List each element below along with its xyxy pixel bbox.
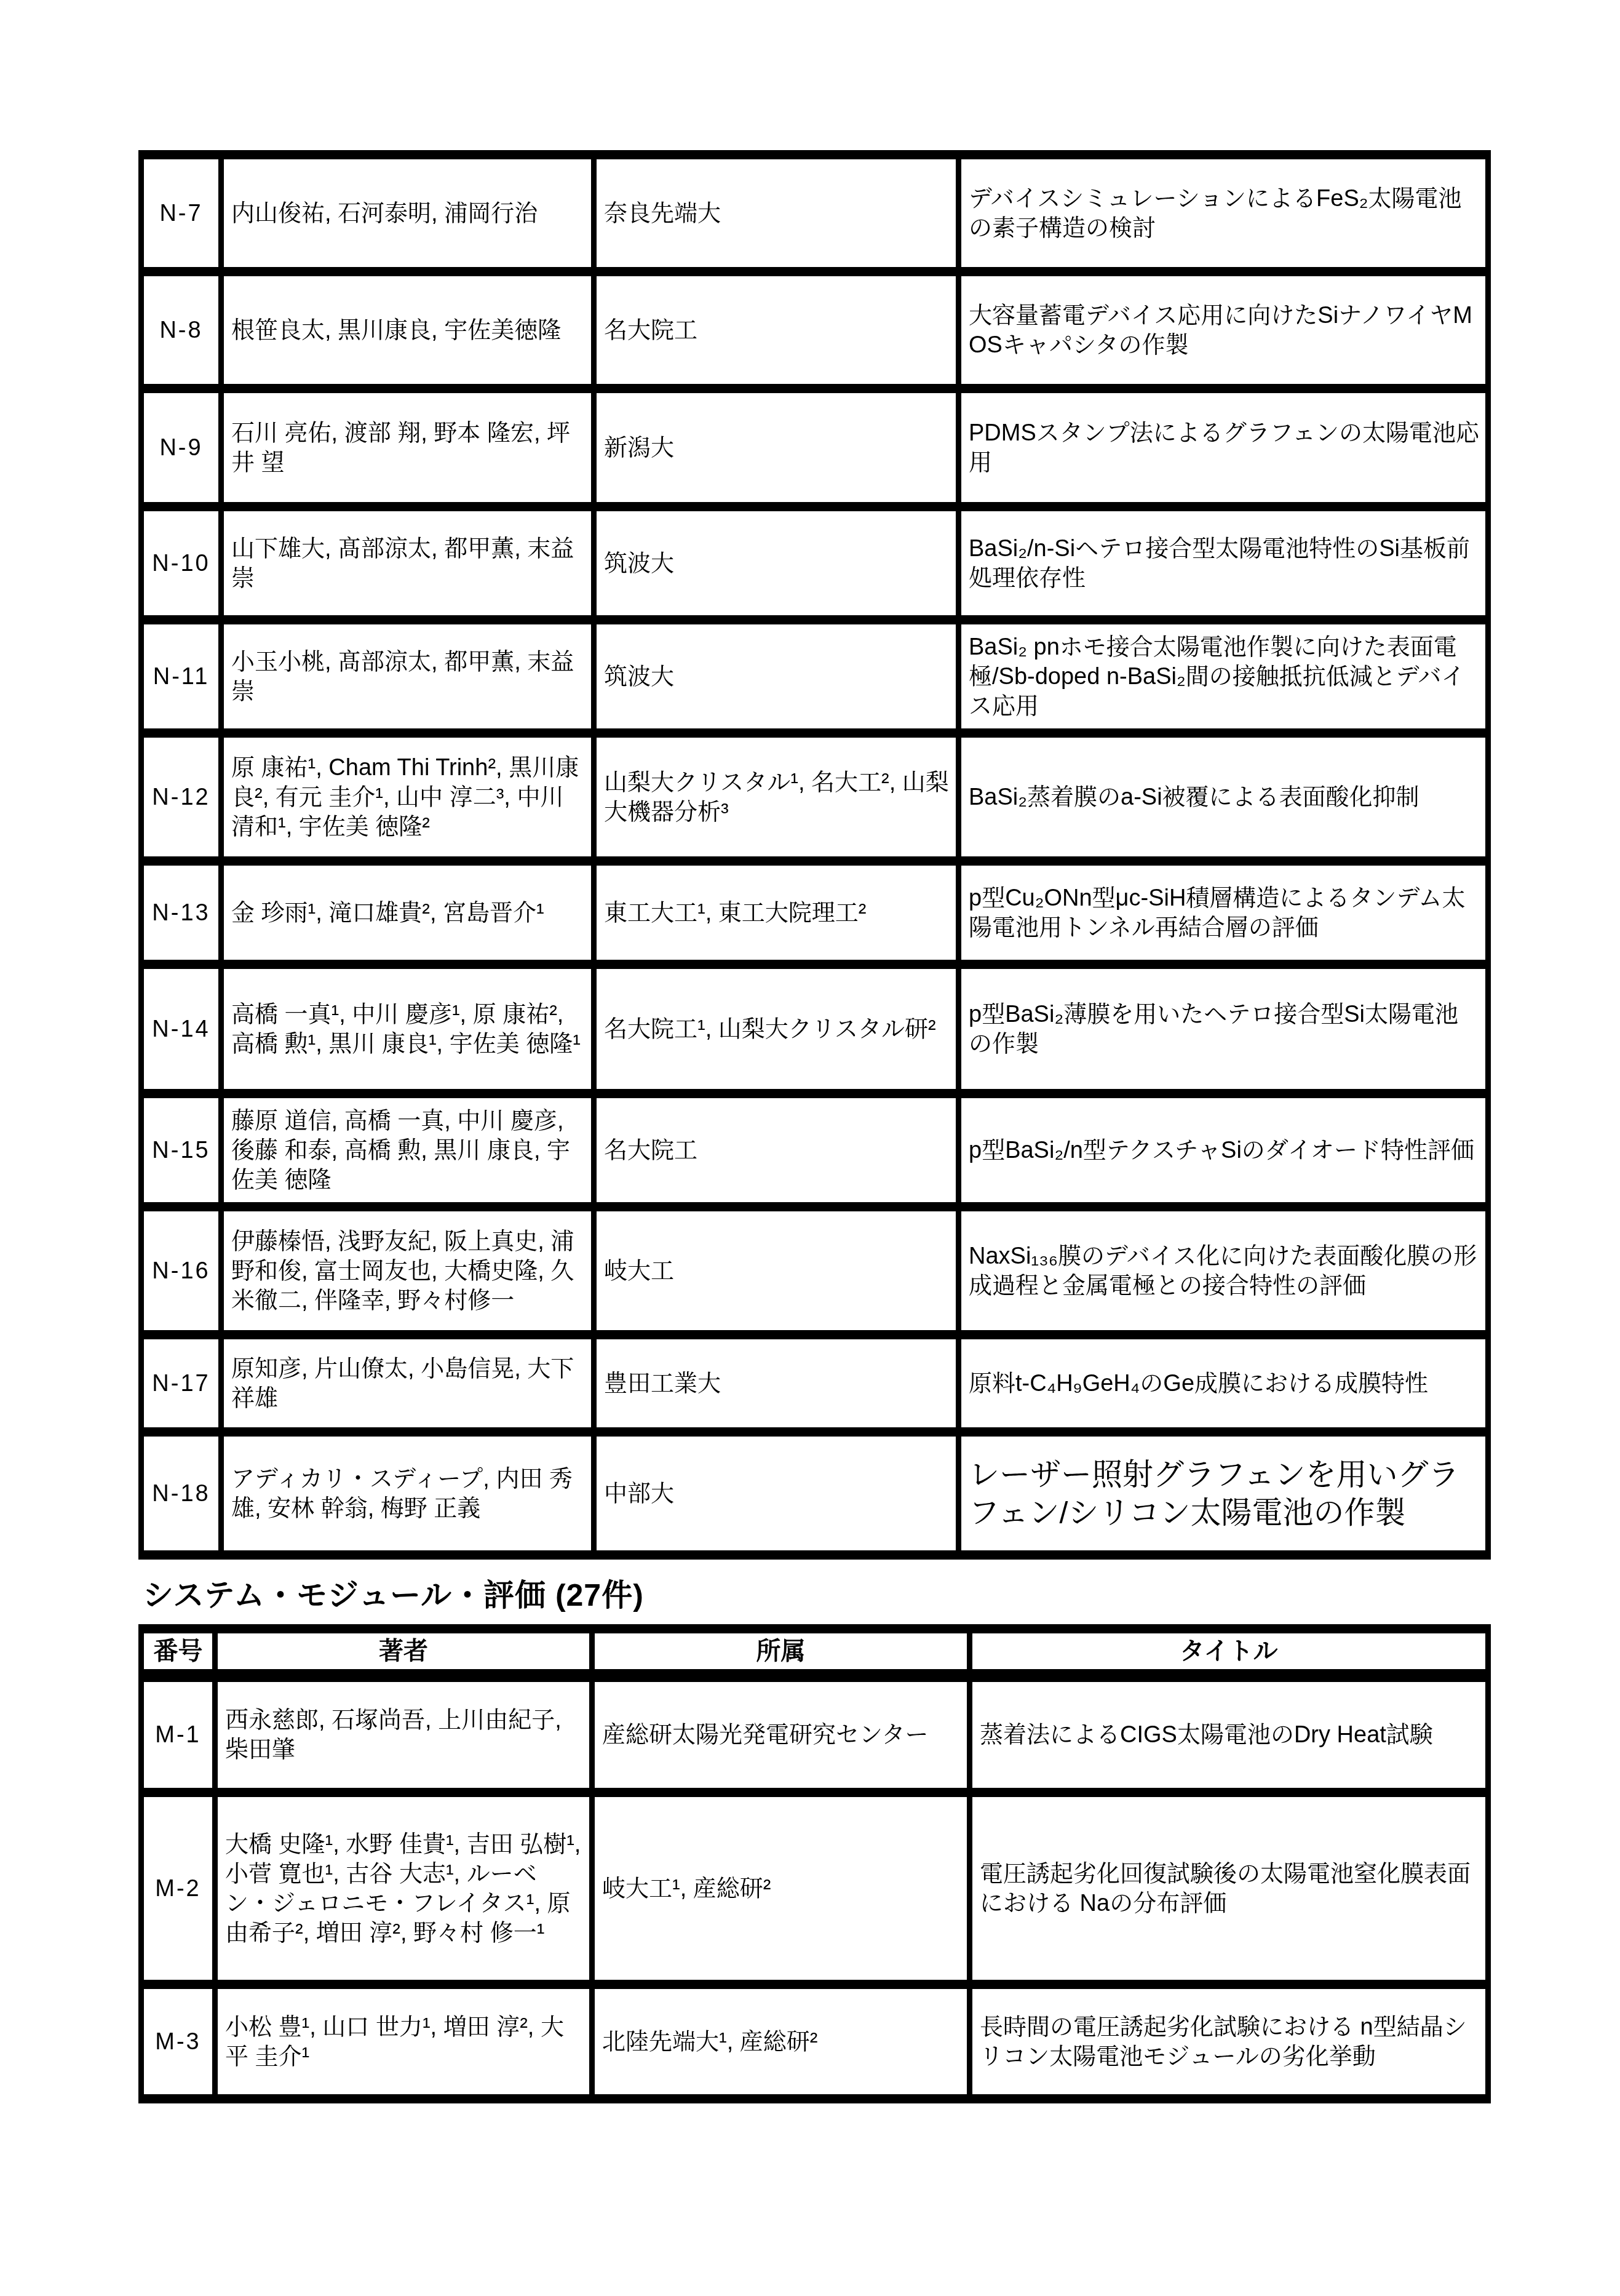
- table-row: N-8 根笹良太, 黒川康良, 宇佐美徳隆 名大院工 大容量蓄電デバイス応用に向…: [141, 272, 1488, 389]
- header-affiliation: 所属: [592, 1629, 970, 1676]
- table-row: N-17 原知彦, 片山僚太, 小島信晃, 大下祥雄 豊田工業大 原料t-C₄H…: [141, 1335, 1488, 1432]
- paper-title: 蒸着法によるCIGS太陽電池のDry Heat試験: [970, 1676, 1488, 1793]
- paper-number: N-15: [141, 1094, 221, 1207]
- paper-authors: 伊藤榛悟, 浅野友紀, 阪上真史, 浦野和俊, 富士岡友也, 大橋史隆, 久米徹…: [221, 1207, 594, 1335]
- paper-number: N-12: [141, 733, 221, 861]
- paper-authors: 金 珍雨¹, 滝口雄貴², 宮島晋介¹: [221, 861, 594, 965]
- paper-affiliation: 中部大: [594, 1432, 959, 1555]
- paper-number: N-16: [141, 1207, 221, 1335]
- paper-number: N-14: [141, 965, 221, 1094]
- paper-number: N-7: [141, 155, 221, 272]
- paper-title: p型BaSi₂薄膜を用いたヘテロ接合型Si太陽電池の作製: [959, 965, 1488, 1094]
- table-row: N-7 内山俊祐, 石河泰明, 浦岡行治 奈良先端大 デバイスシミュレーションに…: [141, 155, 1488, 272]
- paper-affiliation: 豊田工業大: [594, 1335, 959, 1432]
- paper-title: PDMSスタンプ法によるグラフェンの太陽電池応用: [959, 389, 1488, 507]
- paper-authors: 大橋 史隆¹, 水野 佳貴¹, 吉田 弘樹¹, 小菅 寛也¹, 古谷 大志¹, …: [215, 1793, 592, 1985]
- table-row: N-10 山下雄大, 髙部涼太, 都甲薫, 末益崇 筑波大 BaSi₂/n-Si…: [141, 507, 1488, 620]
- document-page: N-7 内山俊祐, 石河泰明, 浦岡行治 奈良先端大 デバイスシミュレーションに…: [0, 0, 1620, 2296]
- table-row: N-18 アディカリ・スディープ, 内田 秀雄, 安林 幹翁, 梅野 正義 中部…: [141, 1432, 1488, 1555]
- paper-title: 原料t-C₄H₉GeH₄のGe成膜における成膜特性: [959, 1335, 1488, 1432]
- paper-authors: 石川 亮佑, 渡部 翔, 野本 隆宏, 坪井 望: [221, 389, 594, 507]
- header-number: 番号: [141, 1629, 215, 1676]
- table-row: N-15 藤原 道信, 高橋 一真, 中川 慶彦, 後藤 和泰, 高橋 勲, 黒…: [141, 1094, 1488, 1207]
- table-row: N-11 小玉小桃, 髙部涼太, 都甲薫, 末益崇 筑波大 BaSi₂ pnホモ…: [141, 620, 1488, 733]
- paper-number: M-1: [141, 1676, 215, 1793]
- m-presentations-table: 番号 著者 所属 タイトル M-1 西永慈郎, 石塚尚吾, 上川由紀子, 柴田肇…: [138, 1624, 1491, 2103]
- paper-affiliation: 筑波大: [594, 620, 959, 733]
- section-heading: システム・モジュール・評価 (27件): [143, 1576, 644, 1614]
- paper-title: p型Cu₂ONn型μc-SiH積層構造によるタンデム太陽電池用トンネル再結合層の…: [959, 861, 1488, 965]
- paper-affiliation: 奈良先端大: [594, 155, 959, 272]
- paper-title: 長時間の電圧誘起劣化試験における n型結晶シリコン太陽電池モジュールの劣化挙動: [970, 1985, 1488, 2099]
- paper-number: N-13: [141, 861, 221, 965]
- paper-affiliation: 新潟大: [594, 389, 959, 507]
- paper-authors: 内山俊祐, 石河泰明, 浦岡行治: [221, 155, 594, 272]
- paper-authors: 山下雄大, 髙部涼太, 都甲薫, 末益崇: [221, 507, 594, 620]
- paper-affiliation: 筑波大: [594, 507, 959, 620]
- paper-affiliation: 東工大工¹, 東工大院理工²: [594, 861, 959, 965]
- paper-number: N-17: [141, 1335, 221, 1432]
- paper-title: 大容量蓄電デバイス応用に向けたSiナノワイヤMOSキャパシタの作製: [959, 272, 1488, 389]
- paper-title: デバイスシミュレーションによるFeS₂太陽電池の素子構造の検討: [959, 155, 1488, 272]
- paper-number: N-11: [141, 620, 221, 733]
- table-row: N-9 石川 亮佑, 渡部 翔, 野本 隆宏, 坪井 望 新潟大 PDMSスタン…: [141, 389, 1488, 507]
- table-row: N-12 原 康祐¹, Cham Thi Trinh², 黒川康良², 有元 圭…: [141, 733, 1488, 861]
- table-row: N-16 伊藤榛悟, 浅野友紀, 阪上真史, 浦野和俊, 富士岡友也, 大橋史隆…: [141, 1207, 1488, 1335]
- paper-authors: 原知彦, 片山僚太, 小島信晃, 大下祥雄: [221, 1335, 594, 1432]
- paper-authors: アディカリ・スディープ, 内田 秀雄, 安林 幹翁, 梅野 正義: [221, 1432, 594, 1555]
- paper-title: NaxSi₁₃₆膜のデバイス化に向けた表面酸化膜の形成過程と金属電極との接合特性…: [959, 1207, 1488, 1335]
- paper-number: N-10: [141, 507, 221, 620]
- paper-affiliation: 名大院工: [594, 1094, 959, 1207]
- paper-number: N-9: [141, 389, 221, 507]
- paper-affiliation: 産総研太陽光発電研究センター: [592, 1676, 970, 1793]
- table-row: M-2 大橋 史隆¹, 水野 佳貴¹, 吉田 弘樹¹, 小菅 寛也¹, 古谷 大…: [141, 1793, 1488, 1985]
- paper-number: N-8: [141, 272, 221, 389]
- paper-authors: 藤原 道信, 高橋 一真, 中川 慶彦, 後藤 和泰, 高橋 勲, 黒川 康良,…: [221, 1094, 594, 1207]
- header-authors: 著者: [215, 1629, 592, 1676]
- paper-affiliation: 岐大工¹, 産総研²: [592, 1793, 970, 1985]
- paper-affiliation: 山梨大クリスタル¹, 名大工², 山梨大機器分析³: [594, 733, 959, 861]
- table-row: N-14 高橋 一真¹, 中川 慶彦¹, 原 康祐², 高橋 勲¹, 黒川 康良…: [141, 965, 1488, 1094]
- paper-authors: 西永慈郎, 石塚尚吾, 上川由紀子, 柴田肇: [215, 1676, 592, 1793]
- paper-number: M-3: [141, 1985, 215, 2099]
- paper-number: N-18: [141, 1432, 221, 1555]
- n-presentations-table: N-7 内山俊祐, 石河泰明, 浦岡行治 奈良先端大 デバイスシミュレーションに…: [138, 150, 1491, 1560]
- paper-title: BaSi₂ pnホモ接合太陽電池作製に向けた表面電極/Sb-doped n-Ba…: [959, 620, 1488, 733]
- paper-number: M-2: [141, 1793, 215, 1985]
- paper-authors: 根笹良太, 黒川康良, 宇佐美徳隆: [221, 272, 594, 389]
- header-title: タイトル: [970, 1629, 1488, 1676]
- table-row: N-13 金 珍雨¹, 滝口雄貴², 宮島晋介¹ 東工大工¹, 東工大院理工² …: [141, 861, 1488, 965]
- paper-affiliation: 名大院工¹, 山梨大クリスタル研²: [594, 965, 959, 1094]
- paper-title: BaSi₂/n-Siヘテロ接合型太陽電池特性のSi基板前処理依存性: [959, 507, 1488, 620]
- paper-authors: 小松 豊¹, 山口 世力¹, 増田 淳², 大平 圭介¹: [215, 1985, 592, 2099]
- paper-title: 電圧誘起劣化回復試験後の太陽電池窒化膜表面における Naの分布評価: [970, 1793, 1488, 1985]
- paper-authors: 小玉小桃, 髙部涼太, 都甲薫, 末益崇: [221, 620, 594, 733]
- table-header-row: 番号 著者 所属 タイトル: [141, 1629, 1488, 1676]
- paper-title: レーザー照射グラフェンを用いグラフェン/シリコン太陽電池の作製: [959, 1432, 1488, 1555]
- paper-affiliation: 岐大工: [594, 1207, 959, 1335]
- paper-affiliation: 北陸先端大¹, 産総研²: [592, 1985, 970, 2099]
- paper-authors: 高橋 一真¹, 中川 慶彦¹, 原 康祐², 高橋 勲¹, 黒川 康良¹, 宇佐…: [221, 965, 594, 1094]
- table-row: M-3 小松 豊¹, 山口 世力¹, 増田 淳², 大平 圭介¹ 北陸先端大¹,…: [141, 1985, 1488, 2099]
- paper-affiliation: 名大院工: [594, 272, 959, 389]
- paper-authors: 原 康祐¹, Cham Thi Trinh², 黒川康良², 有元 圭介¹, 山…: [221, 733, 594, 861]
- paper-title: p型BaSi₂/n型テクスチャSiのダイオード特性評価: [959, 1094, 1488, 1207]
- paper-title: BaSi₂蒸着膜のa-Si被覆による表面酸化抑制: [959, 733, 1488, 861]
- table-row: M-1 西永慈郎, 石塚尚吾, 上川由紀子, 柴田肇 産総研太陽光発電研究センタ…: [141, 1676, 1488, 1793]
